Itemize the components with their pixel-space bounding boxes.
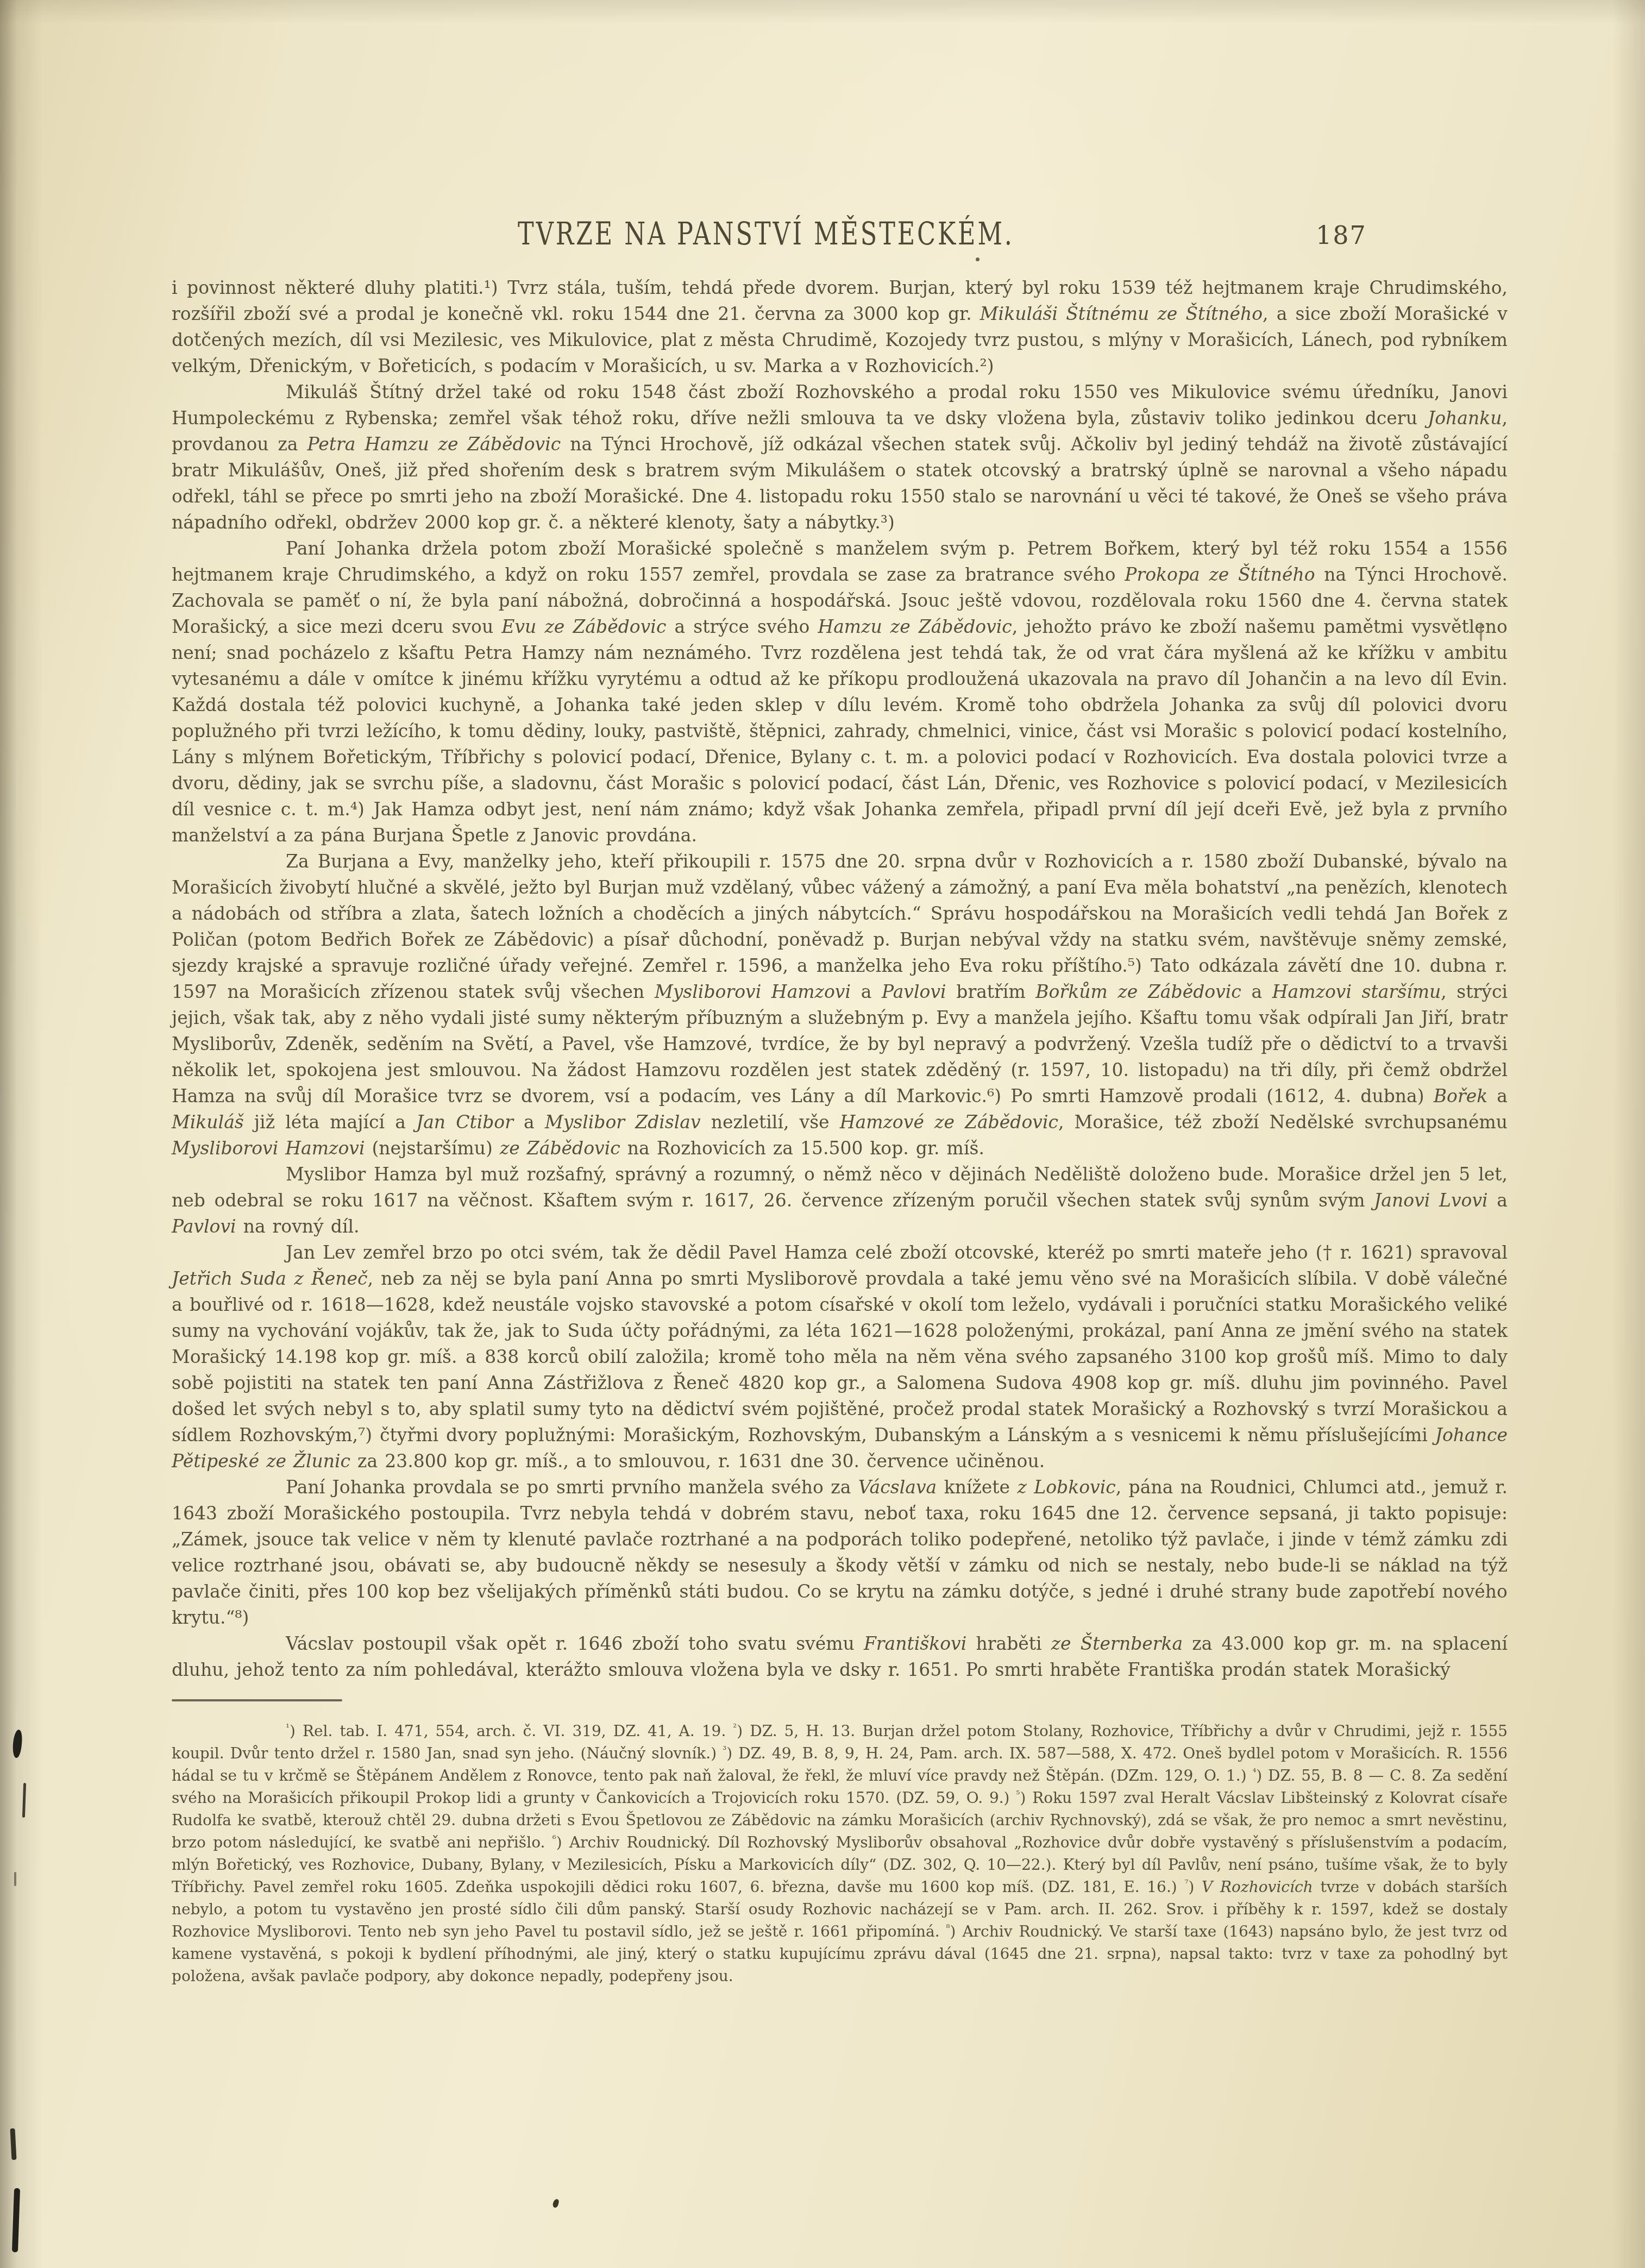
ink-blot [11, 1729, 23, 1758]
text-column: i povinnost některé dluhy platiti.¹) Tvr… [172, 0, 1508, 1987]
paragraph: Myslibor Hamza byl muž rozšafný, správný… [172, 1161, 1508, 1240]
scanned-book-page: TVRZE NA PANSTVÍ MĚSTECKÉM. 187 i povinn… [0, 0, 1645, 2268]
paragraph: Mikuláš Štítný držel také od roku 1548 č… [172, 379, 1508, 536]
ink-blot [10, 2128, 16, 2160]
paragraph: Vácslav postoupil však opět r. 1646 zbož… [172, 1631, 1508, 1683]
ink-hair-mark [22, 1783, 26, 1818]
paragraph: i povinnost některé dluhy platiti.¹) Tvr… [172, 275, 1508, 379]
footnotes-text: ¹) Rel. tab. I. 471, 554, arch. č. VI. 3… [172, 1720, 1508, 1987]
paragraph: Za Burjana a Evy, manželky jeho, kteří p… [172, 849, 1508, 1161]
paragraph: Paní Johanka držela potom zboží Morašick… [172, 536, 1508, 849]
paragraph: Jan Lev zemřel brzo po otci svém, tak že… [172, 1240, 1508, 1474]
footnote: ¹) Rel. tab. I. 471, 554, arch. č. VI. 3… [286, 1722, 733, 1740]
body-text: i povinnost některé dluhy platiti.¹) Tvr… [172, 275, 1508, 1683]
binding-gutter-shadow [0, 0, 42, 2268]
footnote-separator-rule [172, 1699, 342, 1701]
ink-speck [552, 2198, 560, 2208]
paragraph: Paní Johanka provdala se po smrti prvníh… [172, 1474, 1508, 1631]
page-right-edge-shade [1612, 0, 1645, 2268]
ink-blot [12, 2188, 20, 2252]
ink-hair-mark [14, 1872, 16, 1886]
